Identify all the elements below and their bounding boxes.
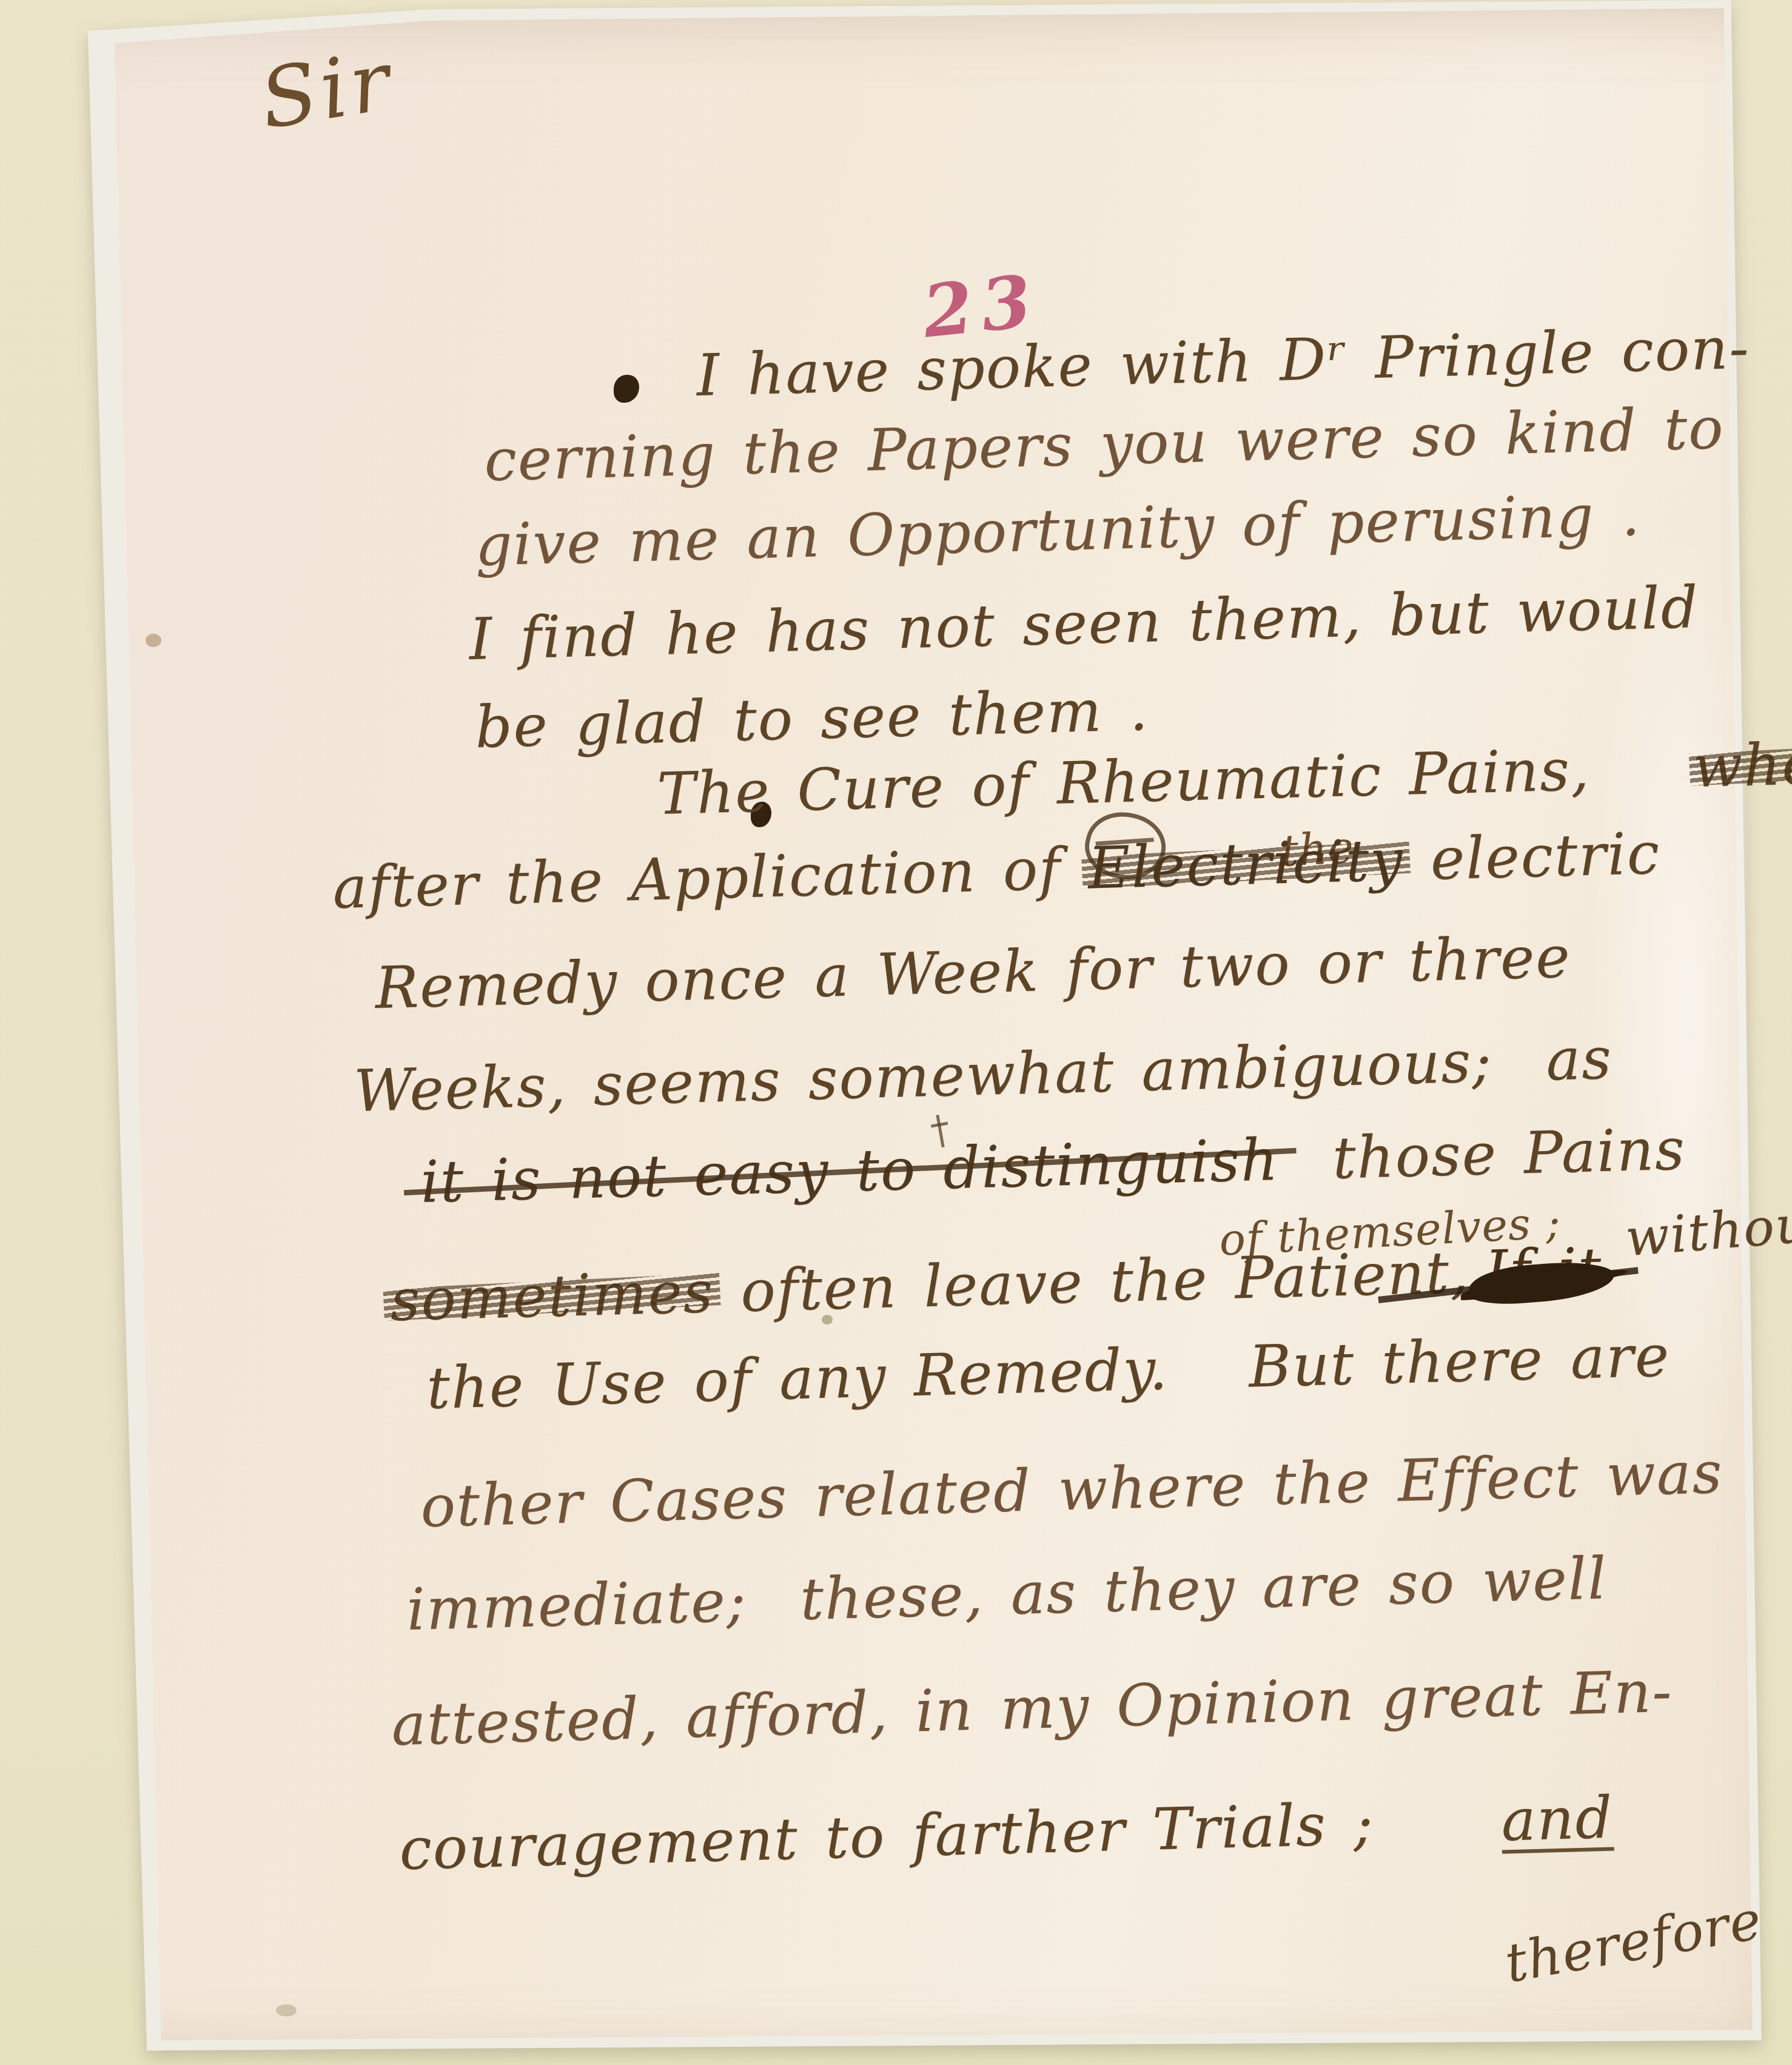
struck-word: Electricity: [1087, 827, 1404, 902]
photo-of-manuscript: Sir 23 I have spoke with Dʳ Pringle con-…: [0, 0, 1792, 2065]
blotted-words: If it: [1484, 1236, 1603, 1306]
line-text: electric: [1403, 821, 1661, 894]
struck-word: where: [1692, 729, 1792, 801]
underlined-word: and: [1500, 1785, 1614, 1855]
struck-word: sometimes: [389, 1259, 715, 1334]
line-text: those Pains: [1278, 1116, 1686, 1194]
